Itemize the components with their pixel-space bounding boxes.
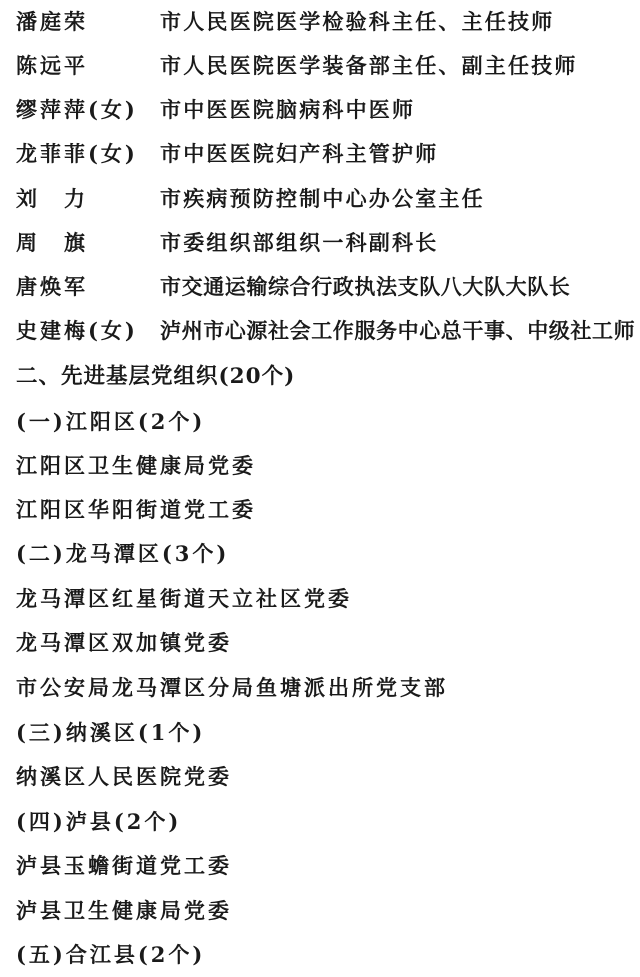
org-item: 泸县玉蟾街道党工委	[16, 844, 232, 888]
person-name: 史建梅(女)	[16, 309, 138, 353]
person-title: 市人民医院医学装备部主任、副主任技师	[160, 44, 578, 88]
org-item: 江阳区卫生健康局党委	[16, 444, 256, 488]
org-item: 纳溪区人民医院党委	[16, 755, 232, 799]
org-item: 龙马潭区双加镇党委	[16, 621, 232, 665]
org-item: 泸县卫生健康局党委	[16, 889, 232, 933]
person-title: 市交通运输综合行政执法支队八大队大队长	[160, 265, 570, 309]
org-item: 市公安局龙马潭区分局鱼塘派出所党支部	[16, 666, 448, 710]
district-label: (三)纳溪区(1个)	[16, 711, 205, 755]
person-title: 市人民医院医学检验科主任、主任技师	[160, 0, 554, 44]
person-name: 龙菲菲(女)	[16, 132, 138, 176]
person-name: 陈远平	[16, 44, 88, 88]
person-name: 唐焕军	[16, 265, 88, 309]
person-name: 周 旗	[16, 221, 88, 265]
person-title: 市疾病预防控制中心办公室主任	[160, 177, 485, 221]
person-title: 泸州市心源社会工作服务中心总干事、中级社工师	[160, 309, 635, 353]
district-label: (一)江阳区(2个)	[16, 400, 205, 444]
document-page: 潘庭荣 市人民医院医学检验科主任、主任技师 陈远平 市人民医院医学装备部主任、副…	[0, 0, 640, 977]
person-title: 市中医医院妇产科主管护师	[160, 132, 438, 176]
district-label: (二)龙马潭区(3个)	[16, 532, 229, 576]
person-title: 市中医医院脑病科中医师	[160, 88, 415, 132]
person-name: 刘 力	[16, 177, 88, 221]
person-name: 潘庭荣	[16, 0, 88, 44]
org-item: 江阳区华阳街道党工委	[16, 488, 256, 532]
person-name: 缪萍萍(女)	[16, 88, 138, 132]
section-heading: 二、先进基层党组织(20个)	[16, 355, 295, 399]
district-label: (五)合江县(2个)	[16, 933, 205, 977]
person-title: 市委组织部组织一科副科长	[160, 221, 438, 265]
org-item: 龙马潭区红星街道天立社区党委	[16, 577, 352, 621]
district-label: (四)泸县(2个)	[16, 800, 181, 844]
